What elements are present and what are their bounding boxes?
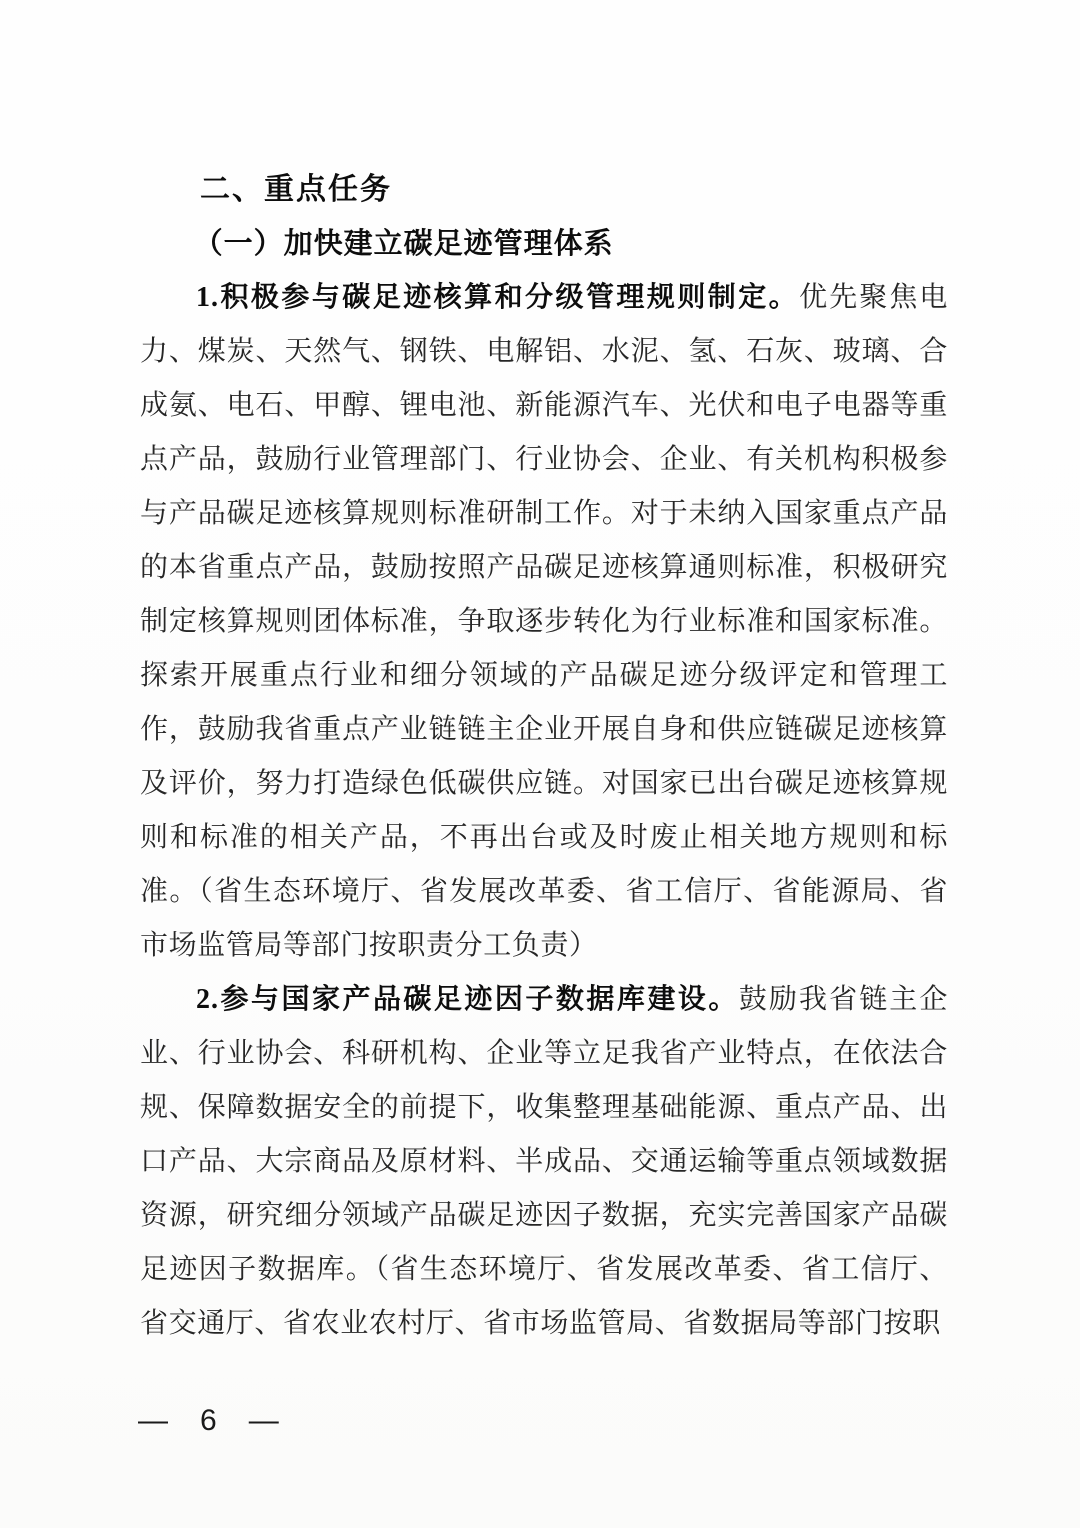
page-number-dash-left: — (138, 1404, 168, 1438)
page-number-footer: — 6 — (138, 1404, 279, 1438)
paragraph-1: 1.积极参与碳足迹核算和分级管理规则制定。优先聚焦电力、煤炭、天然气、钢铁、电解… (140, 271, 948, 973)
document-page: 二、重点任务 （一）加快建立碳足迹管理体系 1.积极参与碳足迹核算和分级管理规则… (0, 0, 1080, 1528)
section-heading: 二、重点任务 (140, 163, 948, 217)
paragraph-1-lead: 1.积极参与碳足迹核算和分级管理规则制定。 (196, 282, 799, 313)
page-number-dash-right: — (249, 1404, 279, 1438)
page-number: 6 (200, 1404, 217, 1438)
paragraph-1-body: 优先聚焦电力、煤炭、天然气、钢铁、电解铝、水泥、氢、石灰、玻璃、合成氨、电石、甲… (140, 282, 948, 961)
subsection-heading: （一）加快建立碳足迹管理体系 (140, 217, 948, 271)
paragraph-2: 2.参与国家产品碳足迹因子数据库建设。鼓励我省链主企业、行业协会、科研机构、企业… (140, 973, 948, 1351)
paragraph-2-lead: 2.参与国家产品碳足迹因子数据库建设。 (196, 984, 739, 1015)
document-content: 二、重点任务 （一）加快建立碳足迹管理体系 1.积极参与碳足迹核算和分级管理规则… (140, 163, 948, 1351)
paragraph-2-body: 鼓励我省链主企业、行业协会、科研机构、企业等立足我省产业特点，在依法合规、保障数… (140, 984, 948, 1339)
